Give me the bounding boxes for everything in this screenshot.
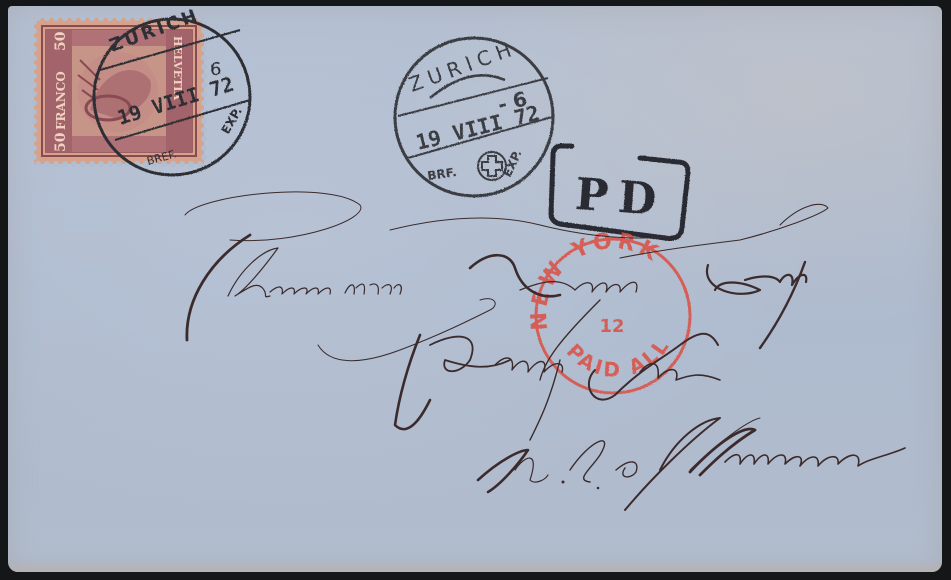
cancel-hour: 6 [210, 59, 221, 80]
pd-handstamp: PD [551, 146, 688, 239]
envelope-markings: 50 FRANCO 50 HELVETIA ZURICH 19 VIII 72 … [0, 0, 951, 580]
ny-center-text: 12 [599, 316, 624, 337]
stamp-value-bottom: 50 [53, 132, 69, 152]
stamp-franco: FRANCO [54, 71, 68, 130]
address-line-2-strokes [318, 299, 720, 440]
cds-city: ZURICH [406, 35, 521, 96]
pd-text: PD [574, 169, 669, 226]
cds-brf: BRF. [426, 165, 457, 183]
stamp-value-top: 50 [53, 31, 69, 51]
new-york-paid-all-postmark: NEW YORK PAID ALL 12 [527, 229, 690, 393]
address-line-3-strokes [478, 418, 905, 510]
address-line-1-strokes [185, 192, 828, 380]
swiss-cross-icon [478, 152, 506, 180]
zurich-datestamp: ZURICH 19 VIII 72 - 6 BRF. EXP. [395, 35, 553, 196]
ny-top-text: NEW YORK [527, 229, 665, 332]
svg-text:NEW YORK: NEW YORK [527, 229, 665, 332]
